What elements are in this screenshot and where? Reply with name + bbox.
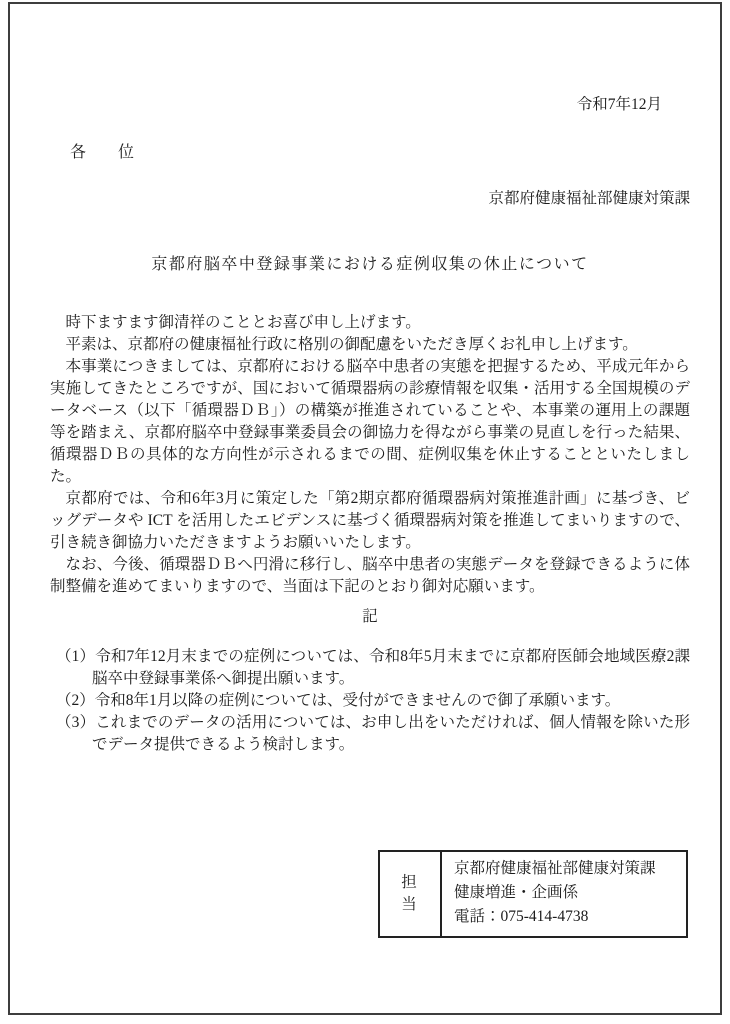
contact-info: 京都府健康福祉部健康対策課 健康増進・企画係 電話：075-414-4738 <box>441 851 687 937</box>
paragraph-transition: なお、今後、循環器ＤＢへ円滑に移行し、脳卒中患者の実態データを登録できるように体… <box>50 554 690 598</box>
body-text: 時下ますます御清祥のこととお喜び申し上げます。 平素は、京都府の健康福祉行政に格… <box>50 312 690 598</box>
record-marker: 記 <box>50 606 690 628</box>
list-item-1: （1）令和7年12月末までの症例については、令和8年5月末までに京都府医師会地域… <box>56 646 690 690</box>
contact-line-phone: 電話：075-414-4738 <box>454 905 676 929</box>
date-line: 令和7年12月 <box>50 4 690 116</box>
addressee: 各 位 <box>50 142 690 164</box>
sender: 京都府健康福祉部健康対策課 <box>50 188 690 210</box>
paragraph-greeting: 時下ますます御清祥のこととお喜び申し上げます。 <box>50 312 690 334</box>
list-item-2: （2）令和8年1月以降の症例については、受付ができませんので御了承願います。 <box>56 690 690 712</box>
paragraph-background: 本事業につきましては、京都府における脳卒中患者の実態を把握するため、平成元年から… <box>50 356 690 488</box>
list-item-3: （3）これまでのデータの活用については、お申し出をいただければ、個人情報を除いた… <box>56 712 690 756</box>
table-row: 担 当 京都府健康福祉部健康対策課 健康増進・企画係 電話：075-414-47… <box>379 851 687 937</box>
contact-line-department: 京都府健康福祉部健康対策課 <box>454 857 676 881</box>
numbered-items: （1）令和7年12月末までの症例については、令和8年5月末までに京都府医師会地域… <box>50 646 690 756</box>
contact-line-section: 健康増進・企画係 <box>454 881 676 905</box>
page-border: 令和7年12月 各 位 京都府健康福祉部健康対策課 京都府脳卒中登録事業における… <box>8 2 722 1015</box>
contact-table: 担 当 京都府健康福祉部健康対策課 健康増進・企画係 電話：075-414-47… <box>378 850 688 938</box>
paragraph-plan: 京都府では、令和6年3月に策定した「第2期京都府循環器病対策推進計画」に基づき、… <box>50 488 690 554</box>
paragraph-thanks: 平素は、京都府の健康福祉行政に格別の御配慮をいただき厚くお礼申し上げます。 <box>50 334 690 356</box>
document-title: 京都府脳卒中登録事業における症例収集の休止について <box>50 254 690 276</box>
document-content: 令和7年12月 各 位 京都府健康福祉部健康対策課 京都府脳卒中登録事業における… <box>10 4 720 1013</box>
contact-label: 担 当 <box>379 851 441 937</box>
